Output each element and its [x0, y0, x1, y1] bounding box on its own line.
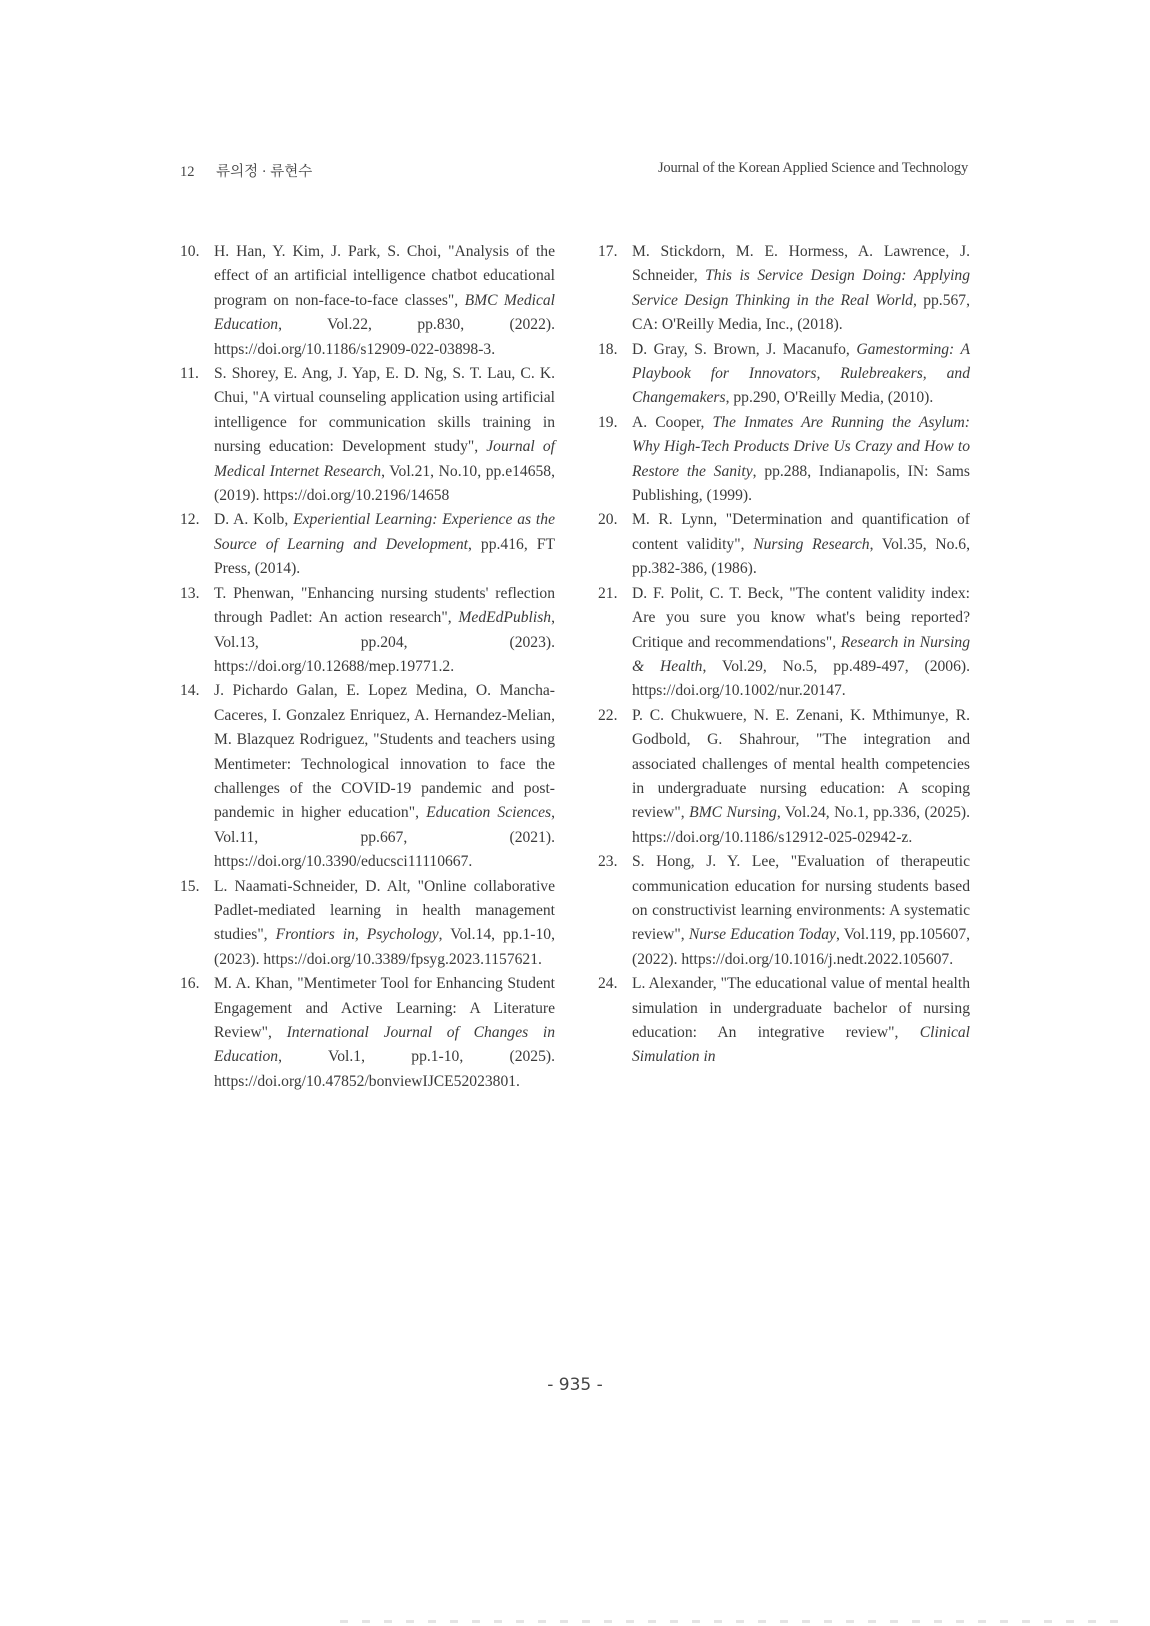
running-header: 12 류의정 · 류현수 Journal of the Korean Appli… [180, 160, 968, 182]
references-column-right: 17.M. Stickdorn, M. E. Hormess, A. Lawre… [598, 240, 970, 1070]
reference-item: 23.S. Hong, J. Y. Lee, "Evaluation of th… [598, 850, 970, 972]
reference-number: 19. [598, 411, 618, 435]
reference-number: 22. [598, 704, 618, 728]
header-journal-title: Journal of the Korean Applied Science an… [658, 160, 968, 177]
reference-source-title: BMC Nursing [689, 804, 777, 821]
reference-item: 11.S. Shorey, E. Ang, J. Yap, E. D. Ng, … [180, 362, 555, 508]
page-number-footer: - 935 - [0, 1375, 1150, 1395]
reference-details: , pp.290, O'Reilly Media, (2010). [726, 389, 934, 406]
reference-source-title: Nursing Research [753, 536, 869, 553]
reference-item: 17.M. Stickdorn, M. E. Hormess, A. Lawre… [598, 240, 970, 338]
reference-number: 21. [598, 582, 618, 606]
reference-source-title: Education Sciences [426, 804, 551, 821]
scan-artifact-strip [340, 1620, 1120, 1623]
reference-item: 21.D. F. Polit, C. T. Beck, "The content… [598, 582, 970, 704]
reference-item: 18.D. Gray, S. Brown, J. Macanufo, Games… [598, 338, 970, 411]
reference-number: 20. [598, 508, 618, 532]
reference-number: 13. [180, 582, 200, 606]
reference-text: D. Gray, S. Brown, J. Macanufo, [632, 341, 856, 358]
header-authors: 류의정 · 류현수 [216, 164, 312, 180]
reference-item: 22.P. C. Chukwuere, N. E. Zenani, K. Mth… [598, 704, 970, 850]
reference-number: 16. [180, 972, 200, 996]
reference-number: 10. [180, 240, 200, 264]
reference-number: 12. [180, 508, 200, 532]
reference-number: 18. [598, 338, 618, 362]
reference-source-title: Frontiors in, Psychology [276, 926, 439, 943]
reference-number: 15. [180, 875, 200, 899]
reference-item: 20.M. R. Lynn, "Determination and quanti… [598, 508, 970, 581]
reference-item: 24.L. Alexander, "The educational value … [598, 972, 970, 1070]
reference-text: A. Cooper, [632, 414, 713, 431]
reference-item: 12.D. A. Kolb, Experiential Learning: Ex… [180, 508, 555, 581]
reference-item: 14.J. Pichardo Galan, E. Lopez Medina, O… [180, 679, 555, 874]
reference-number: 11. [180, 362, 199, 386]
reference-item: 15.L. Naamati-Schneider, D. Alt, "Online… [180, 875, 555, 973]
reference-source-title: Nurse Education Today [689, 926, 836, 943]
reference-number: 23. [598, 850, 618, 874]
reference-number: 14. [180, 679, 200, 703]
reference-number: 17. [598, 240, 618, 264]
references-column-left: 10.H. Han, Y. Kim, J. Park, S. Choi, "An… [180, 240, 555, 1094]
header-left: 12 류의정 · 류현수 [180, 160, 312, 181]
header-page-number: 12 [180, 164, 195, 180]
reference-number: 24. [598, 972, 618, 996]
reference-item: 10.H. Han, Y. Kim, J. Park, S. Choi, "An… [180, 240, 555, 362]
reference-item: 19.A. Cooper, The Inmates Are Running th… [598, 411, 970, 509]
reference-text: D. A. Kolb, [214, 511, 293, 528]
reference-source-title: MedEdPublish [458, 609, 551, 626]
reference-item: 13.T. Phenwan, "Enhancing nursing studen… [180, 582, 555, 680]
reference-text: J. Pichardo Galan, E. Lopez Medina, O. M… [214, 682, 555, 821]
reference-item: 16.M. A. Khan, "Mentimeter Tool for Enha… [180, 972, 555, 1094]
